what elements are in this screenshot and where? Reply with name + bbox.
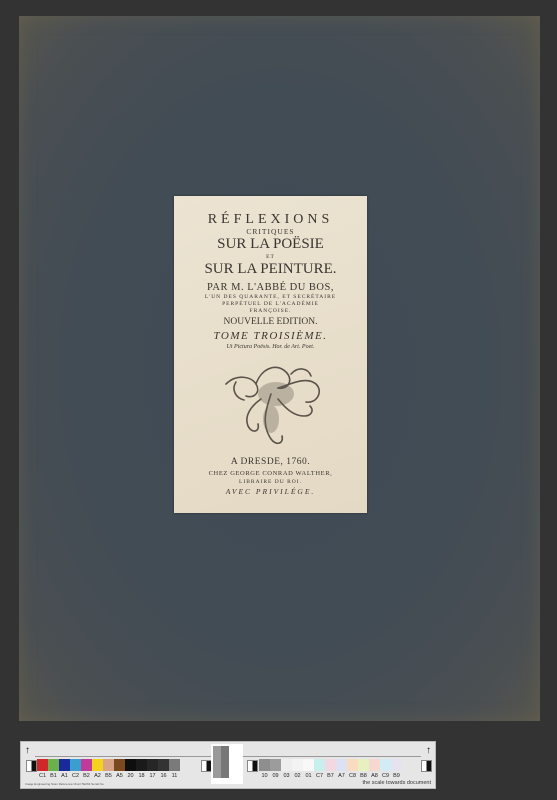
color-patch [59, 759, 70, 771]
color-patch [347, 759, 358, 771]
imprint-place-date: A DRESDE, 1760. [174, 458, 367, 468]
color-patch [314, 759, 325, 771]
bw-target [247, 760, 258, 772]
patch-label: 09 [270, 773, 281, 779]
right-patch-labels: 1009030201C7B7A7C8B8A8C9B9 [259, 773, 402, 779]
color-patch [158, 759, 169, 771]
imprint-privilege: AVEC PRIVILÉGE. [174, 488, 367, 496]
color-patch [281, 759, 292, 771]
epigraph: Ut Pictura Poësis. Hor. de Art. Poet. [174, 344, 367, 350]
patch-label: 16 [158, 773, 169, 779]
color-patch [169, 759, 180, 771]
title-reflexions: RÉFLEXIONS [174, 213, 367, 227]
color-patch [369, 759, 380, 771]
color-patch [292, 759, 303, 771]
arrow-up-icon: ↑ [25, 745, 30, 756]
title-et: ET [174, 255, 367, 261]
title-page: RÉFLEXIONS CRITIQUES SUR LA POËSIE ET SU… [174, 196, 367, 513]
color-patch [125, 759, 136, 771]
printers-ornament-icon [216, 354, 331, 454]
imprint-publisher: CHEZ GEORGE CONRAD WALTHER, [174, 471, 367, 478]
author-role-1: L'UN DES QUARANTE, ET SECRÉTAIRE [174, 295, 367, 301]
title-poesie: SUR LA POËSIE [174, 237, 367, 252]
patch-label: C7 [314, 773, 325, 779]
color-patch [103, 759, 114, 771]
patch-label: B2 [81, 773, 92, 779]
patch-label: B5 [103, 773, 114, 779]
color-patch [70, 759, 81, 771]
patch-label: 02 [292, 773, 303, 779]
color-patch [358, 759, 369, 771]
gray-gauge [211, 744, 243, 784]
patch-label: C9 [380, 773, 391, 779]
arrow-up-icon: ↑ [426, 745, 431, 756]
color-patch [325, 759, 336, 771]
color-reference-scale: ↑ ↑ C1B1A1C2B2A2B5A52018171611 100903020… [20, 741, 436, 789]
patch-label: 11 [169, 773, 180, 779]
author: PAR M. L'ABBÉ DU BOS, [174, 283, 367, 294]
color-patch [259, 759, 270, 771]
color-patch [114, 759, 125, 771]
patch-label: 03 [281, 773, 292, 779]
author-role-3: FRANÇOISE. [174, 309, 367, 315]
patch-label: 10 [259, 773, 270, 779]
patch-label: 01 [303, 773, 314, 779]
patch-label: C1 [37, 773, 48, 779]
scale-fine-print: Image Engineering Scan Reference Chart T… [25, 782, 104, 786]
patch-label: C8 [347, 773, 358, 779]
patch-label: B1 [48, 773, 59, 779]
color-patch [81, 759, 92, 771]
color-patch [270, 759, 281, 771]
patch-label: A1 [59, 773, 70, 779]
left-color-patches [37, 759, 180, 771]
imprint-role: LIBRAIRE DU ROI. [174, 480, 367, 486]
color-patch [303, 759, 314, 771]
title-critiques: CRITIQUES [174, 228, 367, 236]
author-role-2: PERPÉTUEL DE L'ACADÉMIE [174, 302, 367, 308]
bw-target [26, 760, 37, 772]
patch-label: B7 [325, 773, 336, 779]
patch-label: A2 [92, 773, 103, 779]
patch-label: C2 [70, 773, 81, 779]
title-peinture: SUR LA PEINTURE. [174, 262, 367, 277]
volume: TOME TROISIÈME. [174, 331, 367, 342]
edition: NOUVELLE EDITION. [174, 318, 367, 328]
color-patch [48, 759, 59, 771]
patch-label: 20 [125, 773, 136, 779]
bw-target [421, 760, 432, 772]
right-color-patches [259, 759, 402, 771]
patch-label: A5 [114, 773, 125, 779]
scale-note: the scale towards document [363, 780, 431, 786]
color-patch [37, 759, 48, 771]
patch-label: A7 [336, 773, 347, 779]
patch-label: B8 [358, 773, 369, 779]
patch-label: B9 [391, 773, 402, 779]
color-patch [380, 759, 391, 771]
patch-label: 17 [147, 773, 158, 779]
color-patch [92, 759, 103, 771]
color-patch [391, 759, 402, 771]
patch-label: 18 [136, 773, 147, 779]
color-patch [336, 759, 347, 771]
color-patch [147, 759, 158, 771]
color-patch [136, 759, 147, 771]
patch-label: A8 [369, 773, 380, 779]
left-patch-labels: C1B1A1C2B2A2B5A52018171611 [37, 773, 180, 779]
